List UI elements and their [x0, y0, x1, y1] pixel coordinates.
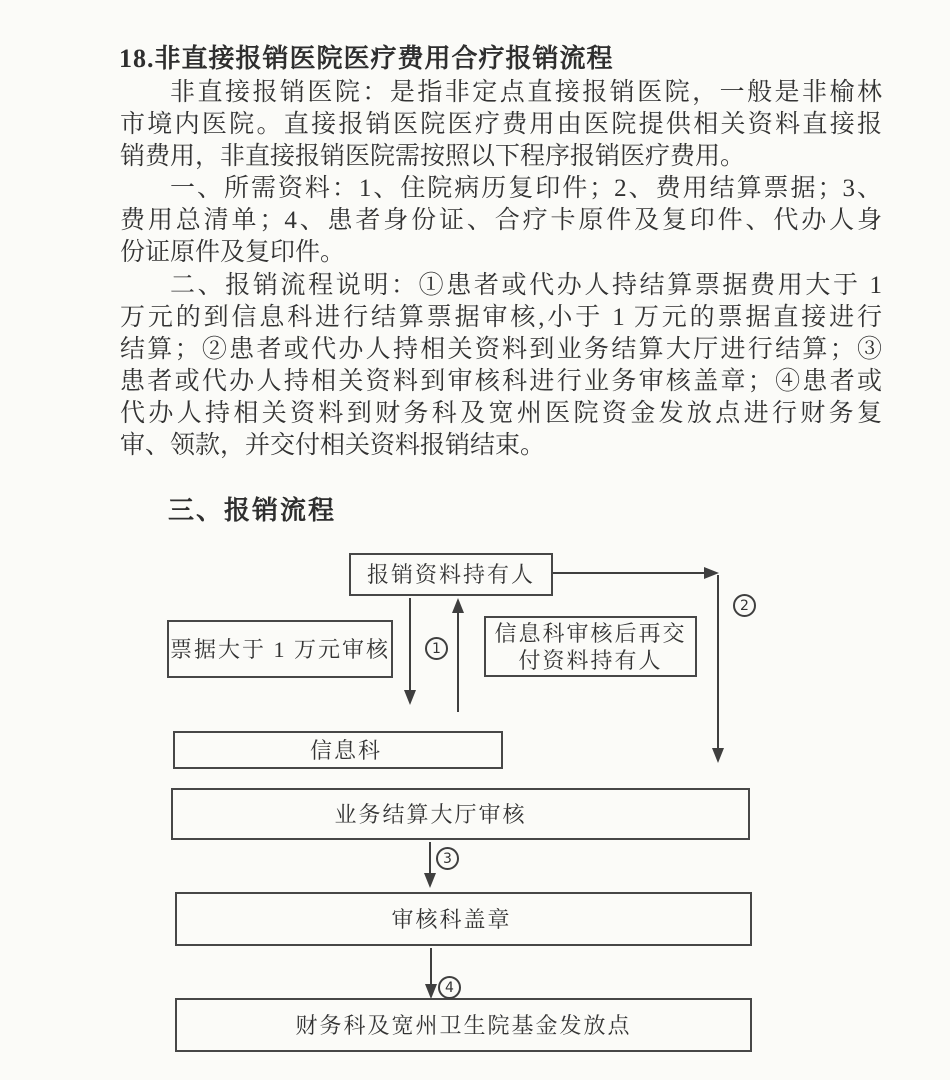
body-text-line: 销费用，非直接报销医院需按照以下程序报销医疗费用。	[120, 142, 745, 172]
node-settlement-hall-box: 业务结算大厅审核	[171, 788, 750, 840]
node-info-dept-label: 信息科	[310, 737, 382, 764]
step-3-badge: 3	[436, 847, 459, 870]
section-heading: 三、报销流程	[168, 490, 336, 527]
node-info-return-label: 信息科审核后再交 付资料持有人	[494, 620, 686, 674]
node-audit-stamp-box: 审核科盖章	[175, 892, 752, 946]
node-audit-stamp-label: 审核科盖章	[391, 906, 511, 933]
step-1-badge: 1	[425, 637, 448, 660]
body-text-line: 万元的到信息科进行结算票据审核,小于 1 万元的票据直接进行	[120, 303, 882, 333]
node-info-dept-box: 信息科	[173, 731, 503, 769]
node-info-return-line1: 信息科审核后再交	[494, 620, 686, 647]
body-text-line: 代办人持相关资料到财务科及宽州医院资金发放点进行财务复	[120, 399, 882, 429]
node-info-return-box: 信息科审核后再交 付资料持有人	[484, 616, 697, 677]
node-finance-payout-label: 财务科及宽州卫生院基金发放点	[295, 1012, 631, 1039]
body-text-line: 非直接报销医院：是指非定点直接报销医院，一般是非榆林	[170, 78, 882, 108]
node-finance-payout-box: 财务科及宽州卫生院基金发放点	[175, 998, 752, 1052]
document-page: 18.非直接报销医院医疗费用合疗报销流程 非直接报销医院：是指非定点直接报销医院…	[0, 0, 950, 1080]
step-4-badge: 4	[438, 976, 461, 999]
body-text-line: 二、报销流程说明：①患者或代办人持结算票据费用大于 1	[170, 271, 882, 301]
node-holder-box: 报销资料持有人	[349, 553, 553, 596]
step-2-badge: 2	[733, 594, 756, 617]
body-text-line: 一、所需资料：1、住院病历复印件；2、费用结算票据；3、	[170, 174, 882, 204]
body-text-line: 市境内医院。直接报销医院医疗费用由医院提供相关资料直接报	[120, 110, 882, 140]
node-holder-label: 报销资料持有人	[367, 561, 535, 588]
node-over-10k-review-label: 票据大于 1 万元审核	[170, 636, 390, 663]
body-text-line: 结算；②患者或代办人持相关资料到业务结算大厅进行结算；③	[120, 335, 882, 365]
body-text-line: 份证原件及复印件。	[120, 238, 345, 268]
node-info-return-line2: 付资料持有人	[494, 647, 686, 674]
body-text-line: 费用总清单；4、患者身份证、合疗卡原件及复印件、代办人身	[120, 206, 882, 236]
body-text-line: 审、领款，并交付相关资料报销结束。	[120, 431, 545, 461]
body-text-line: 患者或代办人持相关资料到审核科进行业务审核盖章；④患者或	[120, 367, 882, 397]
node-over-10k-review-box: 票据大于 1 万元审核	[167, 620, 393, 678]
node-settlement-hall-label: 业务结算大厅审核	[334, 801, 526, 828]
document-title: 18.非直接报销医院医疗费用合疗报销流程	[119, 38, 614, 75]
